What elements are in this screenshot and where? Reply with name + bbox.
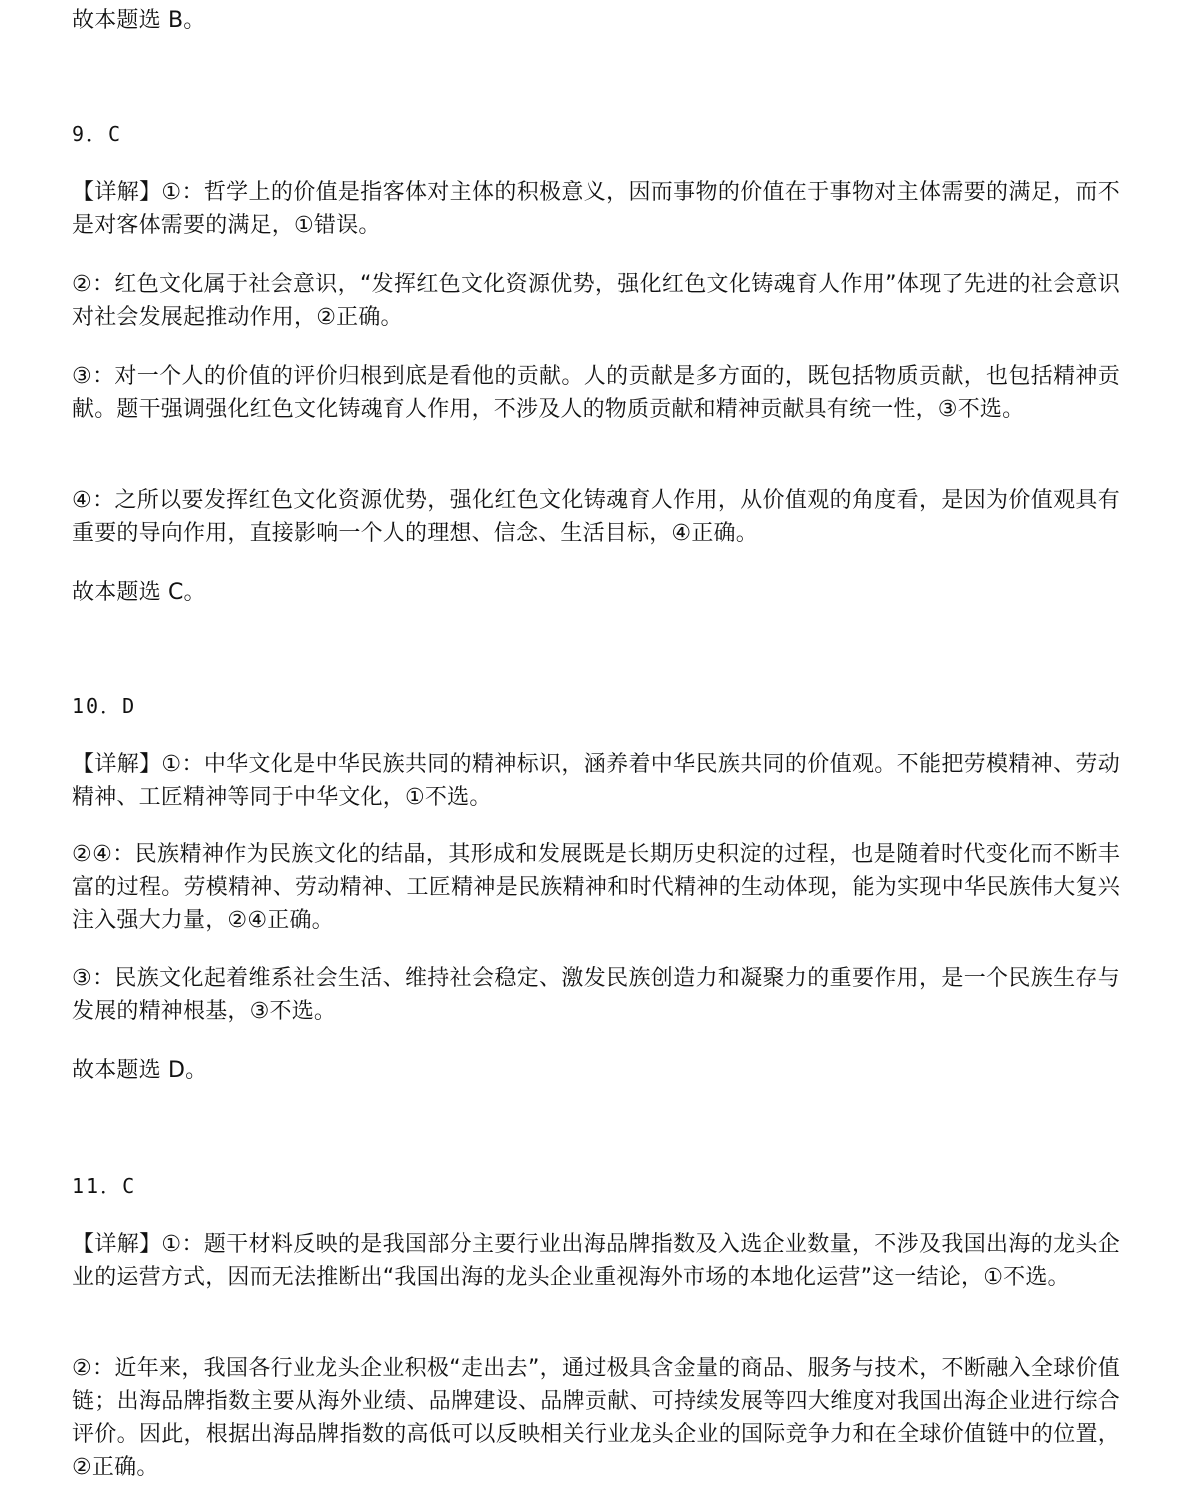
q10-detail-3: ③：民族文化起着维系社会生活、维持社会稳定、激发民族创造力和凝聚力的重要作用，是… (72, 962, 1120, 1028)
q9-conclusion: 故本题选 C。 (72, 576, 1120, 609)
q9-detail-1: 【详解】①：哲学上的价值是指客体对主体的积极意义，因而事物的价值在于事物对主体需… (72, 176, 1120, 242)
q11-answer-heading: 11．C (72, 1170, 1120, 1203)
q11-detail-1: 【详解】①：题干材料反映的是我国部分主要行业出海品牌指数及入选企业数量，不涉及我… (72, 1228, 1120, 1294)
q8-conclusion: 故本题选 B。 (72, 4, 1120, 37)
q10-detail-2: ②④：民族精神作为民族文化的结晶，其形成和发展既是长期历史积淀的过程，也是随着时… (72, 838, 1120, 937)
q10-answer-heading: 10．D (72, 690, 1120, 723)
q10-detail-1: 【详解】①：中华文化是中华民族共同的精神标识，涵养着中华民族共同的价值观。不能把… (72, 748, 1120, 814)
q9-detail-2: ②：红色文化属于社会意识，“发挥红色文化资源优势，强化红色文化铸魂育人作用”体现… (72, 268, 1120, 334)
q10-conclusion: 故本题选 D。 (72, 1054, 1120, 1087)
q9-answer-heading: 9．C (72, 118, 1120, 151)
q11-detail-2: ②：近年来，我国各行业龙头企业积极“走出去”，通过极具含金量的商品、服务与技术，… (72, 1352, 1120, 1484)
q9-detail-4: ④：之所以要发挥红色文化资源优势，强化红色文化铸魂育人作用，从价值观的角度看，是… (72, 484, 1120, 550)
q9-detail-3: ③：对一个人的价值的评价归根到底是看他的贡献。人的贡献是多方面的，既包括物质贡献… (72, 360, 1120, 426)
